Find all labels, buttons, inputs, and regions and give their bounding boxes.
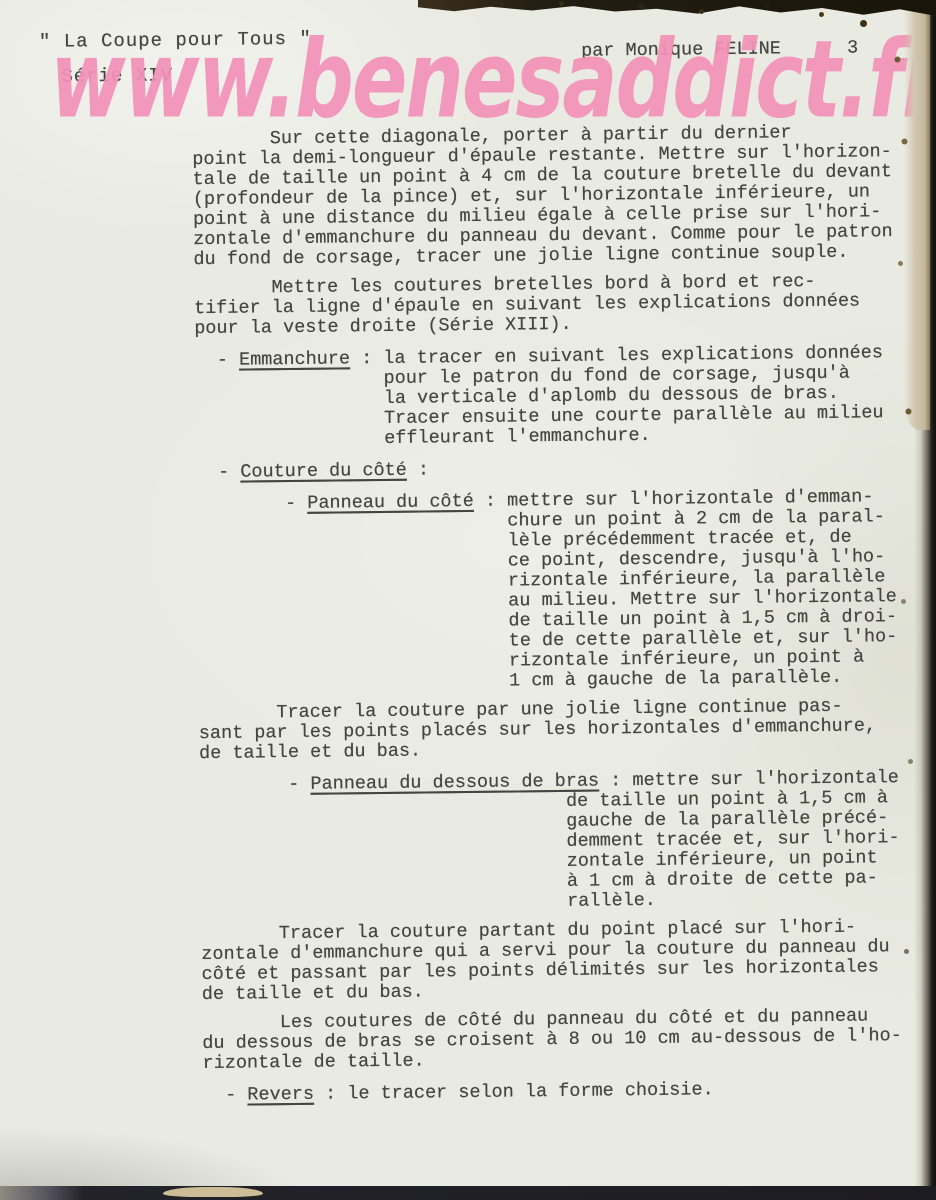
paragraph-block: Mettre les coutures bretelles bord à bor…	[194, 271, 915, 339]
text-line: - Revers : le tracer selon la forme choi…	[203, 1078, 923, 1106]
page-edge-beige-band	[904, 0, 930, 430]
typewritten-content: " La Coupe pour Tous " Série XIV par Mon…	[0, 0, 936, 1200]
page-edge-bottom	[0, 1186, 936, 1200]
text-line: - Couture du côté :	[196, 455, 916, 483]
paragraph-block: Les coutures de côté du panneau du côté …	[202, 1006, 923, 1074]
underlined-heading: Couture du côté	[240, 460, 407, 483]
scanned-document-page: " La Coupe pour Tous " Série XIV par Mon…	[0, 0, 936, 1200]
paper-fragment	[163, 1187, 263, 1197]
paragraph-block: Tracer la couture partant du point placé…	[201, 917, 922, 1005]
underlined-heading: Emmanchure	[239, 348, 350, 370]
list-item-block: - Emmanchure : la tracer en suivant les …	[195, 343, 916, 451]
paper-speckles	[0, 0, 3, 3]
list-item-block: - Couture du côté :	[196, 455, 916, 483]
underlined-heading: Revers	[247, 1084, 314, 1106]
document-body: Sur cette diagonale, porter à partir du …	[192, 122, 923, 1106]
list-item-block: - Panneau du côté : mettre sur l'horizon…	[196, 487, 918, 695]
watermark-text: www.benesaddict.fr	[50, 19, 936, 144]
paragraph-block: Tracer la couture par une jolie ligne co…	[199, 696, 920, 764]
list-item-block: - Revers : le tracer selon la forme choi…	[203, 1078, 923, 1106]
list-item-block: - Panneau du dessous de bras : mettre su…	[199, 768, 921, 916]
paragraph-block: Sur cette diagonale, porter à partir du …	[192, 122, 914, 270]
